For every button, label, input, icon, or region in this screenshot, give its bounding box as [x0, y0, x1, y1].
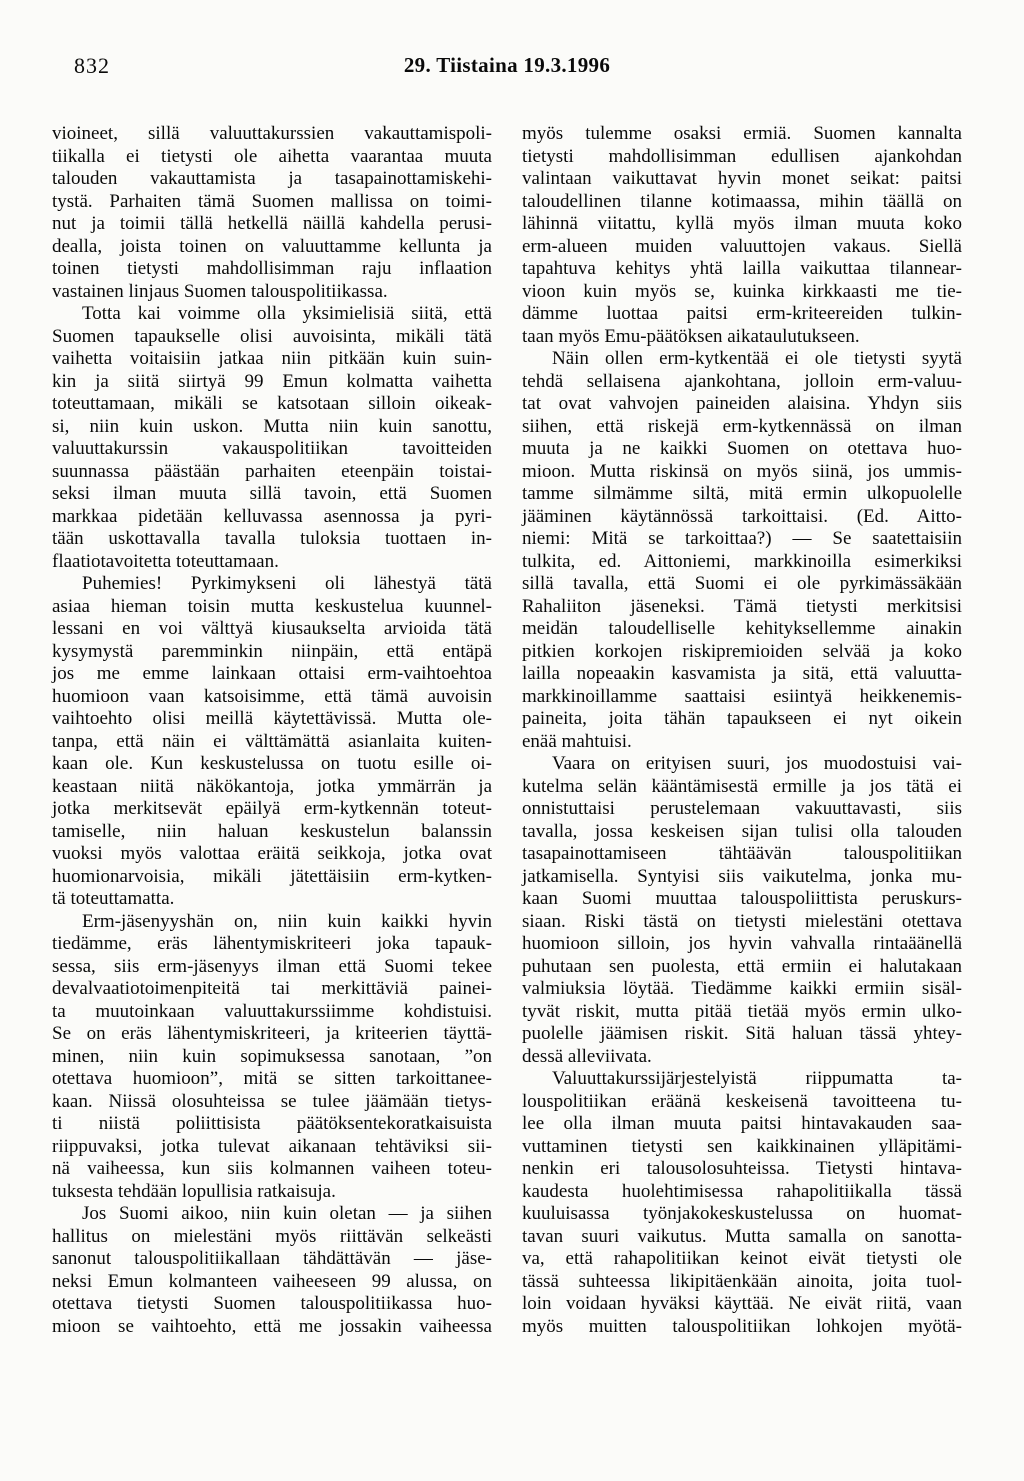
text-line: vaihtoehto olisi meillä käytettävissä. M…: [52, 708, 492, 731]
text-line: sillä tavalla, että Suomi ei ole pyrkimä…: [522, 573, 962, 596]
text-line: kysymystä paremminkin niinpäin, että ent…: [52, 641, 492, 664]
text-line: Jos Suomi aikoo, niin kuin oletan — ja s…: [52, 1203, 492, 1226]
text-line: Näin ollen erm-kytkentää ei ole tietysti…: [522, 348, 962, 371]
text-line: dessä alleviivata.: [522, 1046, 962, 1069]
text-line: tanpa, että näin ei välttämättä asianlai…: [52, 731, 492, 754]
text-line: Se on eräs lähentymiskriteeri, ja kritee…: [52, 1023, 492, 1046]
text-line: kuuluisassa työnjakokeskustelussa on huo…: [522, 1203, 962, 1226]
text-line: Vaara on erityisen suuri, jos muodostuis…: [522, 753, 962, 776]
text-line: erm-alueen muiden valuuttojen vakaus. Si…: [522, 236, 962, 259]
text-line: hallitus on mielestäni myös riittävän se…: [52, 1226, 492, 1249]
text-line: minen, niin kuin sopimuksessa sanotaan, …: [52, 1046, 492, 1069]
text-line: valmiuksia löytää. Tiedämme kaikki ermii…: [522, 978, 962, 1001]
text-line: Puhemies! Pyrkimykseni oli lähestyä tätä: [52, 573, 492, 596]
text-line: lee olla ilman muuta paitsi hintavakaude…: [522, 1113, 962, 1136]
text-line: muuta ja ne kaikki Suomen on otettava hu…: [522, 438, 962, 461]
text-line: jotka merkitsevät epäilyä erm-kytkennän …: [52, 798, 492, 821]
text-line: loin voidaan hyväksi käyttää. Ne eivät r…: [522, 1293, 962, 1316]
text-line: tiikalla ei tietysti ole aihetta vaarant…: [52, 146, 492, 169]
text-line: tulkita, ed. Aittoniemi, markkinoilla es…: [522, 551, 962, 574]
text-line: suunnassa päästään parhaiten eteenpäin t…: [52, 461, 492, 484]
text-line: vaihetta voitaisiin jatkaa niin pitkään …: [52, 348, 492, 371]
text-line: va, että rahapolitiikan keinot eivät tie…: [522, 1248, 962, 1271]
text-line: niemi: Mitä se tarkoittaa?) — Se saatett…: [522, 528, 962, 551]
text-line: tiedämme, eräs lähentymiskriteeri joka t…: [52, 933, 492, 956]
text-line: si, niin kuin uskon. Mutta niin kuin san…: [52, 416, 492, 439]
text-line: kaudesta huolehtimisessa rahapolitiikall…: [522, 1181, 962, 1204]
text-line: siihen, että riskejä erm-kytkennässä on …: [522, 416, 962, 439]
text-line: dealla, joista toinen on valuuttamme kel…: [52, 236, 492, 259]
text-line: nut ja toimii tällä hetkellä näillä kahd…: [52, 213, 492, 236]
text-line: tamme silmämme siltä, mitä ermin ulkopuo…: [522, 483, 962, 506]
text-line: tamiselle, niin haluan keskustelun balan…: [52, 821, 492, 844]
right-column: myös tulemme osaksi ermiä. Suomen kannal…: [522, 123, 962, 1338]
text-line: Totta kai voimme olla yksimielisiä siitä…: [52, 303, 492, 326]
text-line: sessa, siis erm-jäsenyys ilman että Suom…: [52, 956, 492, 979]
text-line: kaan ole. Kun keskustelussa on tuotu esi…: [52, 753, 492, 776]
text-line: sanonut talouspolitiikallaan tähdättävän…: [52, 1248, 492, 1271]
text-line: tässä suhteessa likipitäenkään ainoita, …: [522, 1271, 962, 1294]
text-line: asiaa hieman toisin mutta keskustelua ku…: [52, 596, 492, 619]
text-line: seksi ilman muuta sillä tavoin, että Suo…: [52, 483, 492, 506]
text-line: louspolitiikan eräänä keskeisenä tavoitt…: [522, 1091, 962, 1114]
text-line: mioon. Mutta riskinsä on myös siinä, jos…: [522, 461, 962, 484]
text-line: puhutaan sen puolesta, että ermiin ei ha…: [522, 956, 962, 979]
text-line: tavalla, jossa keskeisen sijan tulisi ol…: [522, 821, 962, 844]
text-line: huomioon vaan katsoisimme, että tämä auv…: [52, 686, 492, 709]
text-line: talouden vakauttamista ja tasapainottami…: [52, 168, 492, 191]
text-line: taloudellinen tilanne kotimaassa, mihin …: [522, 191, 962, 214]
text-line: tystä. Parhaiten tämä Suomen mallissa on…: [52, 191, 492, 214]
text-line: myös muitten talouspolitiikan lohkojen m…: [522, 1316, 962, 1339]
text-line: tehdä sellaisena ajankohtana, jolloin er…: [522, 371, 962, 394]
text-line: toinen tietysti mahdollisimman raju infl…: [52, 258, 492, 281]
text-line: taan myös Emu-päätöksen aikataulutukseen…: [522, 326, 962, 349]
text-columns: vioineet, sillä valuuttakurssien vakautt…: [52, 123, 962, 1338]
text-line: nenkin eri talousolosuhteissa. Tietysti …: [522, 1158, 962, 1181]
text-line: dämme luottaa paitsi erm-kriteereiden tu…: [522, 303, 962, 326]
text-line: lailla nopeaakin kasvamista ja sitä, ett…: [522, 663, 962, 686]
text-line: vastainen linjaus Suomen talouspolitiika…: [52, 281, 492, 304]
text-line: markkinoillamme saattaisi esiintyä heikk…: [522, 686, 962, 709]
text-line: Erm-jäsenyyshän on, niin kuin kaikki hyv…: [52, 911, 492, 934]
text-line: tasapainottamiseen tähtäävän talouspolit…: [522, 843, 962, 866]
text-line: tä toteuttamatta.: [52, 888, 492, 911]
text-line: otettava huomioon”, mitä se sitten tarko…: [52, 1068, 492, 1091]
text-line: nä vaiheessa, kun siis kolmannen vaiheen…: [52, 1158, 492, 1181]
text-line: jos me emme lainkaan ottaisi erm-vaihtoe…: [52, 663, 492, 686]
text-line: kutelma selän kääntämisestä ermille ja j…: [522, 776, 962, 799]
text-line: kaan. Niissä olosuhteissa se tulee jäämä…: [52, 1091, 492, 1114]
text-line: toteuttamaan, mikäli se katsotaan silloi…: [52, 393, 492, 416]
text-line: Suomen tapaukselle olisi auvoisinta, mik…: [52, 326, 492, 349]
text-line: flaatiotavoitetta toteuttamaan.: [52, 551, 492, 574]
text-line: lähinnä viitattu, kyllä myös ilman muuta…: [522, 213, 962, 236]
text-line: Rahaliiton jäseneksi. Tämä tietysti merk…: [522, 596, 962, 619]
text-line: tuksesta tehdään lopullisia ratkaisuja.: [52, 1181, 492, 1204]
text-line: otettava tietysti Suomen talouspolitiika…: [52, 1293, 492, 1316]
text-line: puolelle jäämisen riskit. Sitä haluan tä…: [522, 1023, 962, 1046]
text-line: onnistuttaisi perustelemaan vakuuttavast…: [522, 798, 962, 821]
text-line: jatkamisella. Syntyisi siis vaikutelma, …: [522, 866, 962, 889]
text-line: ta muutoinkaan valuuttakurssiimme kohdis…: [52, 1001, 492, 1024]
page-number: 832: [74, 53, 110, 79]
text-line: huomioon silloin, jos hyvin vahvalla rin…: [522, 933, 962, 956]
text-line: kaan Suomi muuttaa talouspoliittista per…: [522, 888, 962, 911]
text-line: enää mahtuisi.: [522, 731, 962, 754]
text-line: markkaa pidetään kelluvassa asennossa ja…: [52, 506, 492, 529]
text-line: riippuvaksi, jotka tulevat aikanaan teht…: [52, 1136, 492, 1159]
text-line: Valuuttakurssijärjestelyistä riippumatta…: [522, 1068, 962, 1091]
text-line: valuuttakurssin vakauspolitiikan tavoitt…: [52, 438, 492, 461]
text-line: kin ja siitä siirtyä 99 Emun kolmatta va…: [52, 371, 492, 394]
text-line: tat ovat vahvojen paineiden alaisina. Yh…: [522, 393, 962, 416]
text-line: devalvaatiotoimenpiteitä tai merkittäviä…: [52, 978, 492, 1001]
text-line: tapahtuva kehitys yhtä lailla vaikuttaa …: [522, 258, 962, 281]
text-line: jääminen käytännössä tarkoittaisi. (Ed. …: [522, 506, 962, 529]
text-line: tään uskottavalla tavalla tuloksia tuott…: [52, 528, 492, 551]
text-line: ti niistä poliittisista päätöksentekorat…: [52, 1113, 492, 1136]
text-line: vioon kuin myös se, kuinka kirkkaasti me…: [522, 281, 962, 304]
document-page: 832 29. Tiistaina 19.3.1996 vioineet, si…: [0, 0, 962, 1338]
text-line: paineita, joita tähän tapaukseen ei nyt …: [522, 708, 962, 731]
text-line: vuttaminen tietysti sen kaikkinainen yll…: [522, 1136, 962, 1159]
text-line: pitkien korkojen riskipremioiden selvää …: [522, 641, 962, 664]
text-line: neksi Emun kolmanteen vaiheeseen 99 alus…: [52, 1271, 492, 1294]
text-line: siaan. Riski tästä on tietysti mielestän…: [522, 911, 962, 934]
text-line: tietysti mahdollisimman edullisen ajanko…: [522, 146, 962, 169]
text-line: lessani en voi välttyä kiusaukselta arvi…: [52, 618, 492, 641]
page-header: 832 29. Tiistaina 19.3.1996: [52, 53, 962, 81]
session-header-title: 29. Tiistaina 19.3.1996: [52, 53, 962, 78]
text-line: keastaan niitä näkökantoja, jotka ymmärr…: [52, 776, 492, 799]
text-line: myös tulemme osaksi ermiä. Suomen kannal…: [522, 123, 962, 146]
text-line: vioineet, sillä valuuttakurssien vakautt…: [52, 123, 492, 146]
text-line: meidän taloudelliselle kehityksellemme a…: [522, 618, 962, 641]
text-line: mioon se vaihtoehto, että me jossakin va…: [52, 1316, 492, 1339]
text-line: huomionarvoisia, mikäli jätettäisiin erm…: [52, 866, 492, 889]
text-line: tavan suuri vaikutus. Mutta samalla on s…: [522, 1226, 962, 1249]
text-line: vuoksi myös valottaa eräitä seikkoja, jo…: [52, 843, 492, 866]
text-line: valintaan vaikuttavat hyvin monet seikat…: [522, 168, 962, 191]
text-line: tyvät riskit, mutta pitää tietää myös er…: [522, 1001, 962, 1024]
left-column: vioineet, sillä valuuttakurssien vakautt…: [52, 123, 492, 1338]
